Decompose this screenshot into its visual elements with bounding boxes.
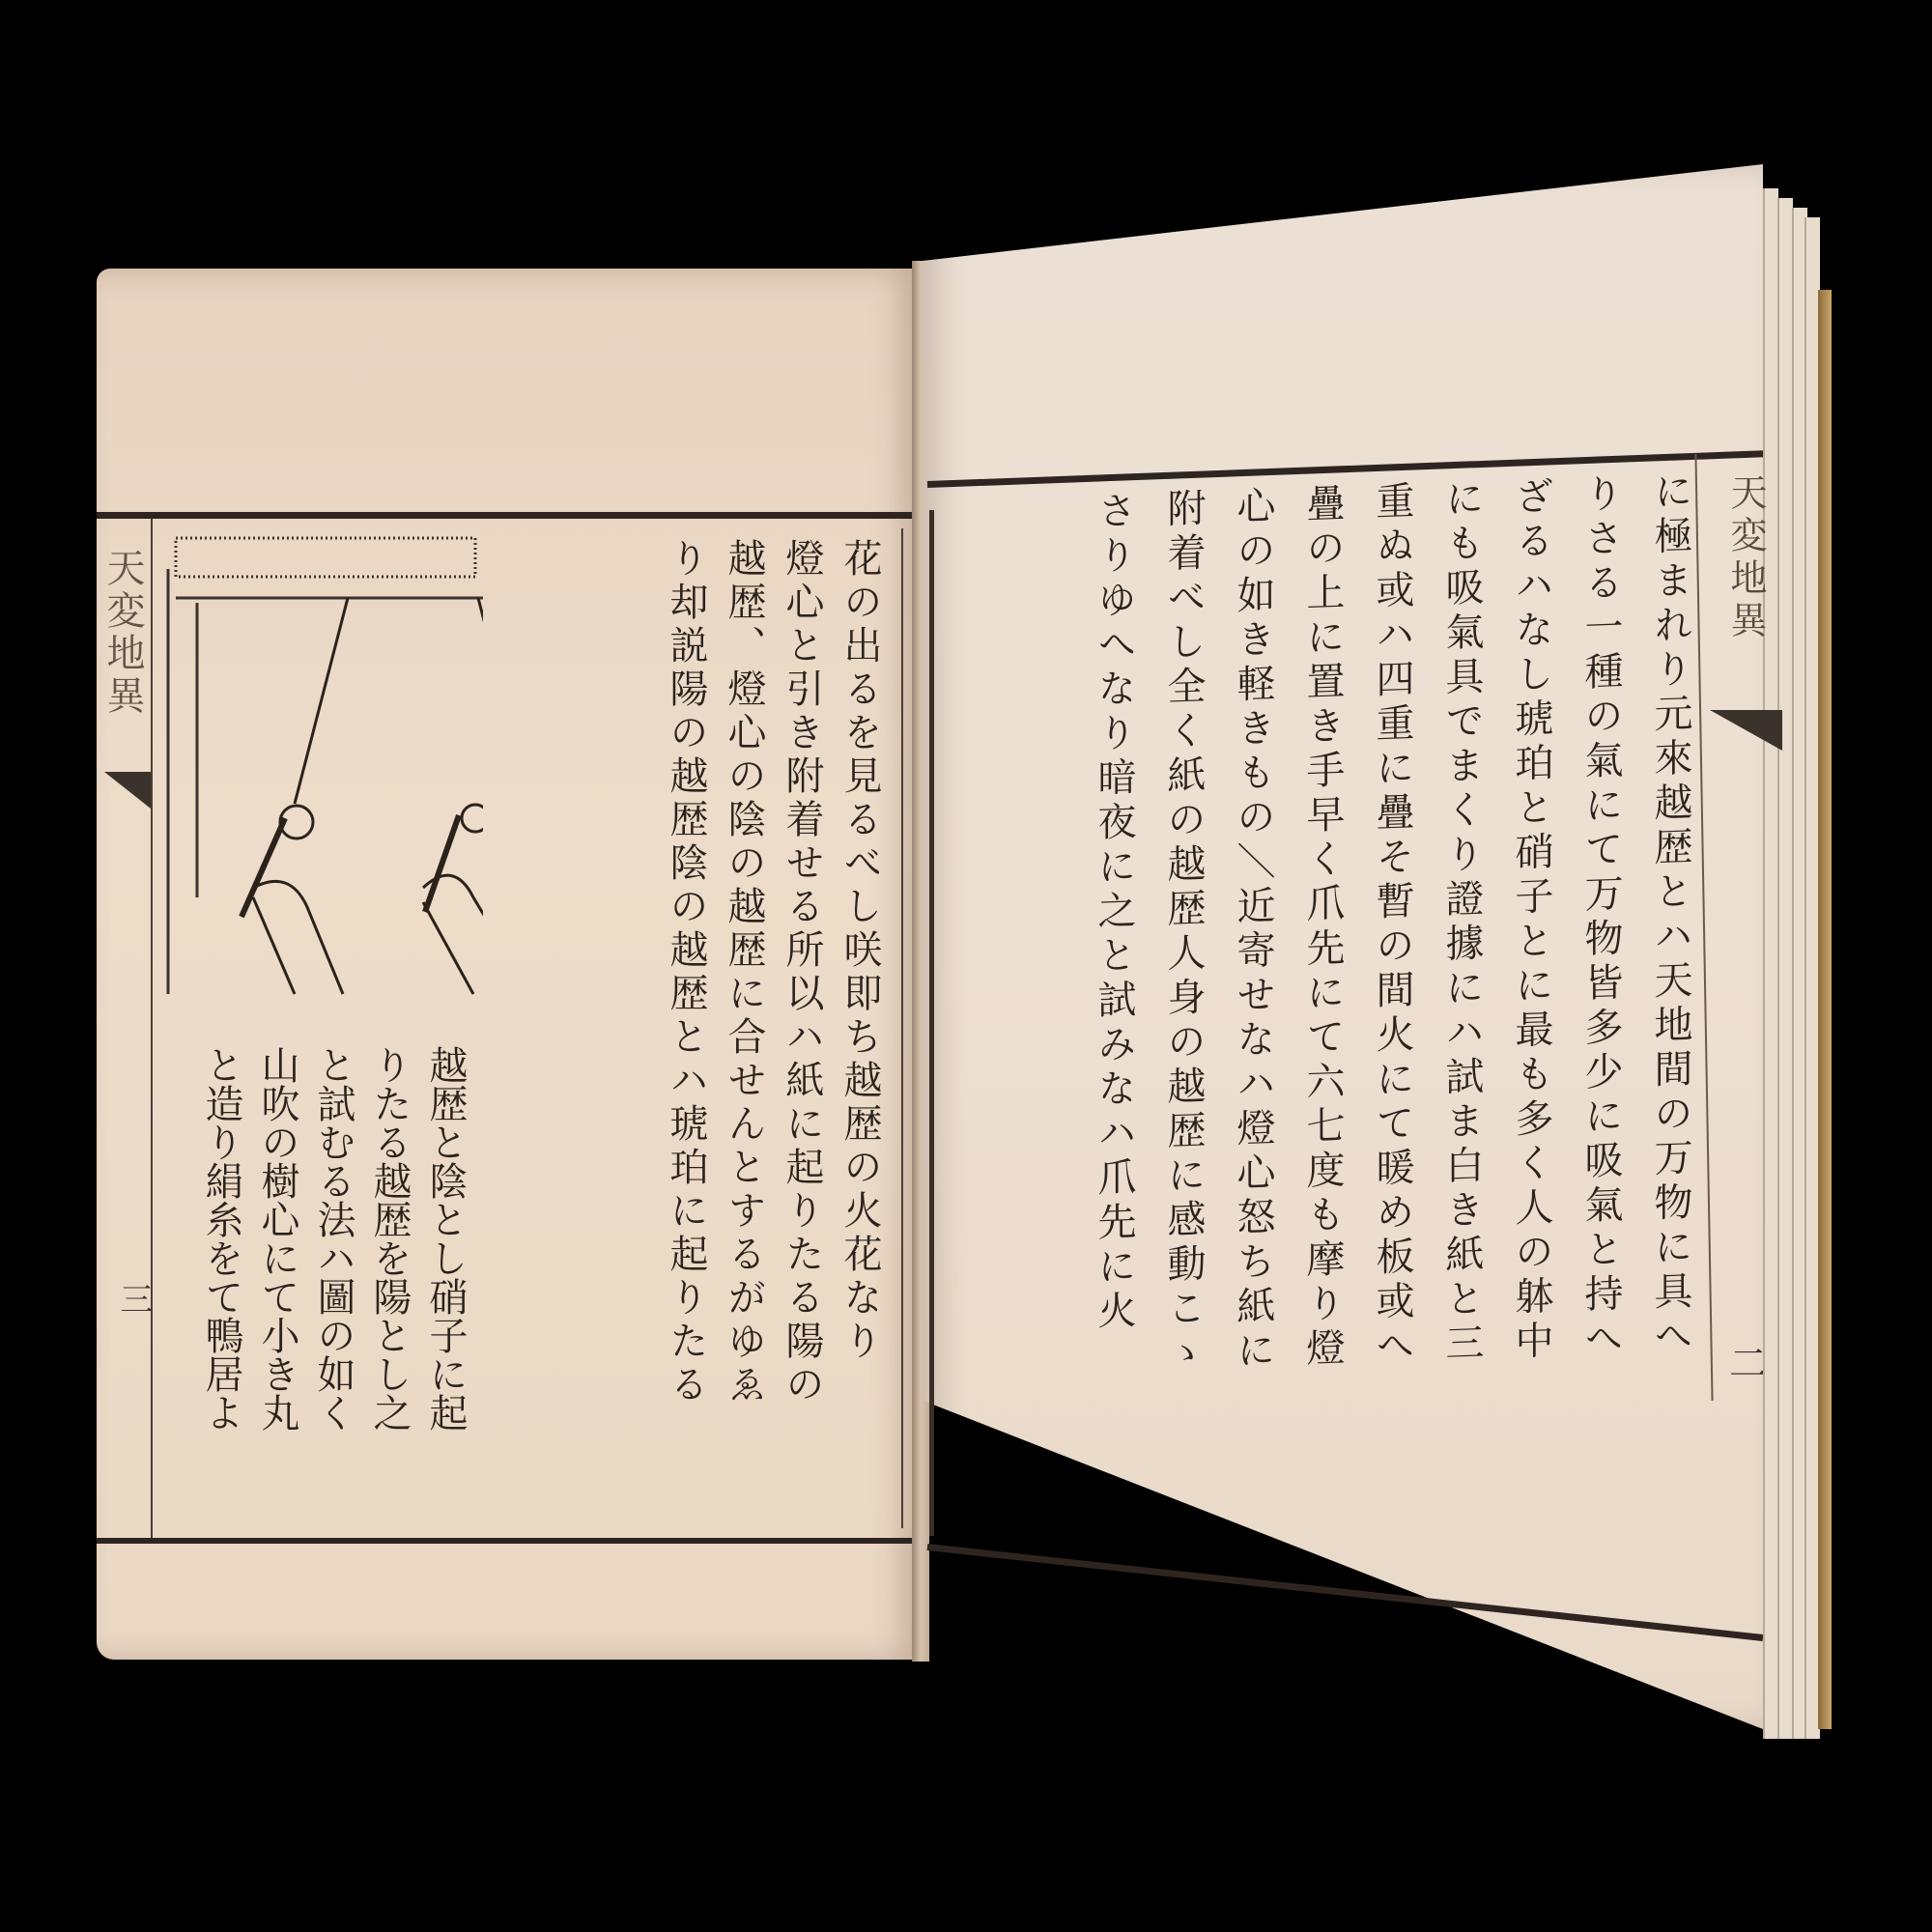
left-spine-title: 天変地異: [104, 548, 151, 718]
text-column: 燈心と引き附着せる所以ハ紙に起りたる陽の: [773, 538, 831, 1523]
page-edge: [1777, 198, 1793, 1739]
right-frame-left-rule: [929, 510, 934, 1536]
left-main-text: 花の出るを見るべし咲即ち越歴の火花なり 燈心と引き附着せる所以ハ紙に起りたる陽の…: [483, 538, 889, 1523]
photo-background: 天変地異 三 越歴と陰とし硝子に起: [0, 0, 1932, 1932]
text-column: 附着べし全く紙の越歴人身の越歴に感動こゝ: [1149, 487, 1218, 1533]
left-page: 天変地異 三 越歴と陰とし硝子に起: [97, 269, 918, 1660]
left-lower-text: 越歴と陰とし硝子に起 りたる越歴を陽とし之 と試むる法ハ圖の如く 山吹の樹心にて…: [155, 1045, 473, 1528]
left-folio-number: 三: [110, 1282, 157, 1315]
text-column: さりゆへなり暗夜に之と試みなハ爪先に火: [1079, 489, 1149, 1535]
page-edge: [1763, 188, 1778, 1739]
book-cover-edge: [1818, 290, 1832, 1729]
text-column: 重ぬ或ハ四重に疊そ暫の間火にて暖め板或へ: [1357, 479, 1427, 1525]
text-column: 越歴、燈心の陰の越歴に合せんとするがゆゑ: [715, 538, 773, 1523]
fishtail-mark-icon: [1710, 710, 1782, 751]
right-main-text: に極まれり元來越歴とハ天地間の万物に具へ りさる一種の氣にて万物皆多少に吸氣と持…: [952, 469, 1705, 1539]
text-column: 花の出るを見るべし咲即ち越歴の火花なり: [831, 538, 889, 1523]
text-column: り却説陽の越歴陰の越歴とハ琥珀に起りたる: [657, 538, 715, 1523]
left-inner-rule: [901, 528, 903, 1528]
left-hanshin-column: 天変地異 三: [104, 519, 153, 1538]
page-edge-title: 天変地異: [1719, 473, 1773, 643]
left-page-border-frame: 天変地異 三 越歴と陰とし硝子に起: [97, 512, 918, 1544]
fishtail-mark-icon: [104, 772, 151, 809]
text-column: りさる一種の氣にて万物皆多少に吸氣と持へ: [1566, 472, 1635, 1519]
right-folio-number: 二: [1729, 1333, 1768, 1388]
text-column: にも吸氣具でまくり證據にハ試ま白き紙と三: [1427, 477, 1496, 1523]
text-column: 心の如き軽きもの＼近寄せなハ燈心怒ち紙に: [1218, 484, 1288, 1530]
text-column: ざるハなし琥珀と硝子とに最も多く人の躰中: [1496, 474, 1566, 1520]
text-column: に極まれり元來越歴とハ天地間の万物に具へ: [1635, 469, 1705, 1516]
text-column: 疊の上に置き手早く爪先にて六七度も摩り燈: [1288, 482, 1357, 1528]
